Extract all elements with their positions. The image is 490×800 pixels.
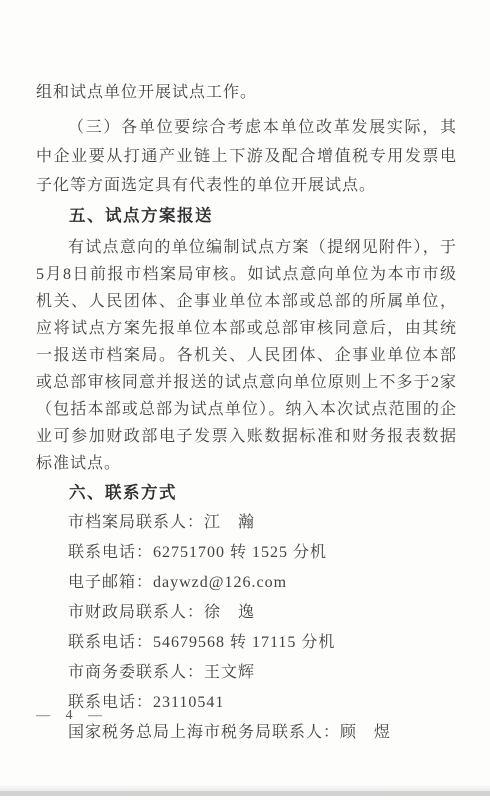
page-number: — 4 — — [36, 706, 103, 726]
contact-archives-email: 电子邮箱：daywzd@126.com — [36, 569, 457, 597]
document-body: 组和试点单位开展试点工作。 （三）各单位要综合考虑本单位改革发展实际，其中企业要… — [36, 78, 457, 747]
scan-edge-bar — [0, 791, 490, 796]
contact-archives-person: 市档案局联系人：江 瀚 — [36, 509, 457, 537]
contact-archives-phone: 联系电话：62751700 转 1525 分机 — [36, 539, 457, 567]
section-5-paragraph: 有试点意向的单位编制试点方案（提纲见附件），于5月8日前报市档案局审核。如试点意… — [36, 234, 457, 477]
contact-finance-phone: 联系电话：54679568 转 17115 分机 — [36, 629, 457, 657]
paragraph-item-3: （三）各单位要综合考虑本单位改革发展实际，其中企业要从打通产业链上下游及配合增值… — [36, 113, 457, 200]
paragraph-continuation: 组和试点单位开展试点工作。 — [36, 78, 457, 107]
section-6-heading: 六、联系方式 — [36, 479, 457, 507]
contact-finance-person: 市财政局联系人：徐 逸 — [36, 599, 457, 627]
contact-commerce-person: 市商务委联系人：王文辉 — [36, 659, 457, 687]
document-page: 组和试点单位开展试点工作。 （三）各单位要综合考虑本单位改革发展实际，其中企业要… — [0, 0, 490, 800]
section-5-heading: 五、试点方案报送 — [36, 202, 457, 230]
scan-edge-shadow — [0, 784, 490, 791]
